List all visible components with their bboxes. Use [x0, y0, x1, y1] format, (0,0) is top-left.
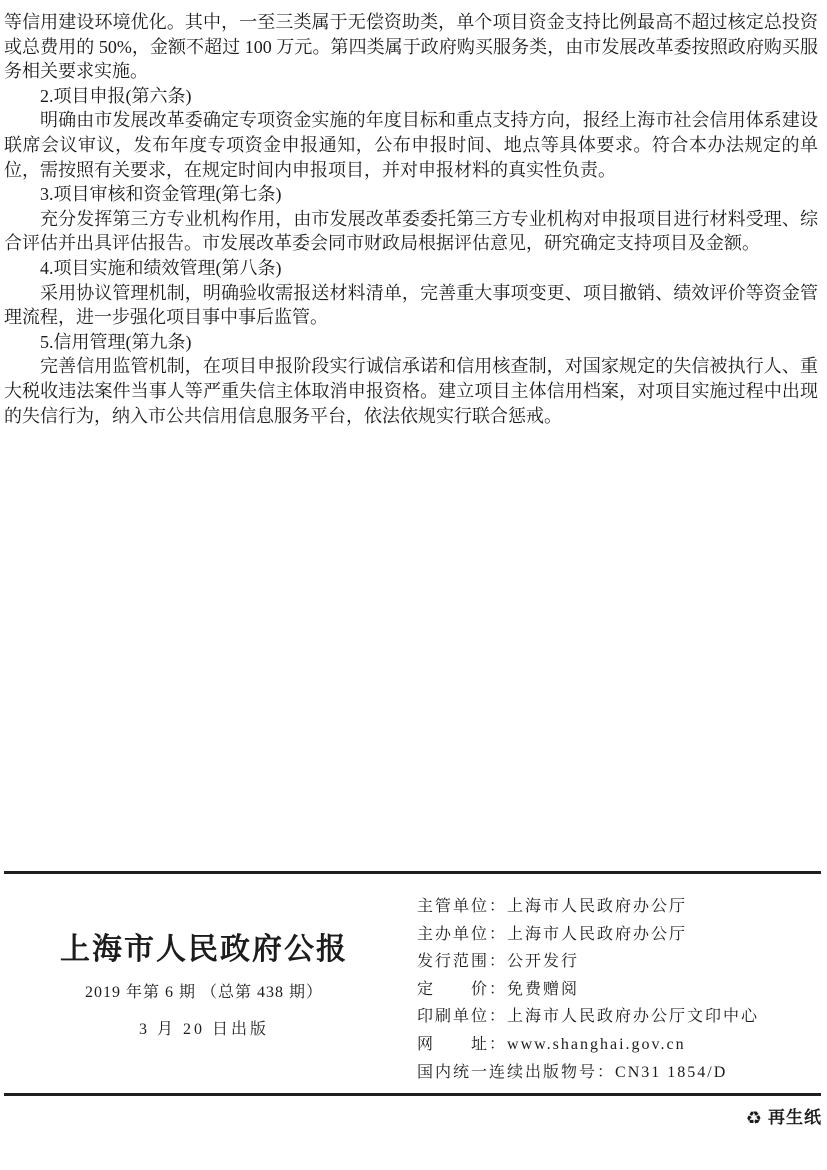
imprint-row-website: 网 址：www.shanghai.gov.cn: [417, 1031, 759, 1059]
paragraph: 充分发挥第三方专业机构作用，由市发展改革委委托第三方专业机构对申报项目进行材料受…: [4, 207, 818, 256]
imprint-label: 定 价：: [417, 981, 507, 998]
section-heading: 5.信用管理(第九条): [4, 330, 818, 355]
colophon-top-rule: [4, 871, 821, 874]
gazette-title: 上海市人民政府公报: [30, 934, 378, 966]
imprint-details: 主管单位：上海市人民政府办公厅 主办单位：上海市人民政府办公厅 发行范围：公开发…: [417, 893, 759, 1086]
publish-date-line: 3 月 20 日出版: [30, 1016, 378, 1039]
imprint-label: 网 址：: [417, 1036, 507, 1053]
imprint-value: 公开发行: [507, 953, 579, 970]
page-bottom-rule: [4, 1093, 821, 1096]
imprint-value: CN31 1854/D: [615, 1064, 727, 1081]
imprint-label: 发行范围：: [417, 953, 507, 970]
imprint-row-price: 定 价：免费赠阅: [417, 976, 759, 1004]
imprint-label: 主办单位：: [417, 926, 507, 943]
paragraph: 明确由市发展改革委确定专项资金实施的年度目标和重点支持方向，报经上海市社会信用体…: [4, 108, 818, 182]
imprint-row-supervisor: 主管单位：上海市人民政府办公厅: [417, 893, 759, 921]
imprint-value: 免费赠阅: [507, 981, 579, 998]
gazette-masthead: 上海市人民政府公报 2019 年第 6 期 （总第 438 期） 3 月 20 …: [30, 934, 378, 1039]
recycled-paper-label: 再生纸: [768, 1108, 822, 1127]
paragraph: 完善信用监管机制，在项目申报阶段实行诚信承诺和信用核查制，对国家规定的失信被执行…: [4, 354, 818, 428]
imprint-value: 上海市人民政府办公厅: [507, 926, 687, 943]
imprint-row-issn: 国内统一连续出版物号：CN31 1854/D: [417, 1059, 759, 1087]
paragraph-continuation: 等信用建设环境优化。其中，一至三类属于无偿资助类，单个项目资金支持比例最高不超过…: [4, 10, 818, 84]
imprint-label: 印刷单位：: [417, 1008, 507, 1025]
imprint-value: 上海市人民政府办公厅: [507, 898, 687, 915]
gazette-page: 等信用建设环境优化。其中，一至三类属于无偿资助类，单个项目资金支持比例最高不超过…: [0, 0, 827, 1170]
imprint-row-distribution: 发行范围：公开发行: [417, 948, 759, 976]
imprint-label: 国内统一连续出版物号：: [417, 1064, 615, 1081]
imprint-label: 主管单位：: [417, 898, 507, 915]
imprint-value: 上海市人民政府办公厅文印中心: [507, 1008, 759, 1025]
section-heading: 3.项目审核和资金管理(第七条): [4, 182, 818, 207]
section-heading: 4.项目实施和绩效管理(第八条): [4, 256, 818, 281]
imprint-row-printer: 印刷单位：上海市人民政府办公厅文印中心: [417, 1003, 759, 1031]
imprint-url: www.shanghai.gov.cn: [507, 1036, 686, 1053]
recycle-icon: ♻: [746, 1108, 763, 1129]
section-heading: 2.项目申报(第六条): [4, 84, 818, 109]
body-text: 等信用建设环境优化。其中，一至三类属于无偿资助类，单个项目资金支持比例最高不超过…: [4, 10, 818, 428]
recycled-paper-mark: ♻再生纸: [746, 1103, 822, 1129]
paragraph: 采用协议管理机制，明确验收需报送材料清单，完善重大事项变更、项目撤销、绩效评价等…: [4, 281, 818, 330]
issue-line: 2019 年第 6 期 （总第 438 期）: [30, 979, 378, 1002]
imprint-row-organizer: 主办单位：上海市人民政府办公厅: [417, 921, 759, 949]
